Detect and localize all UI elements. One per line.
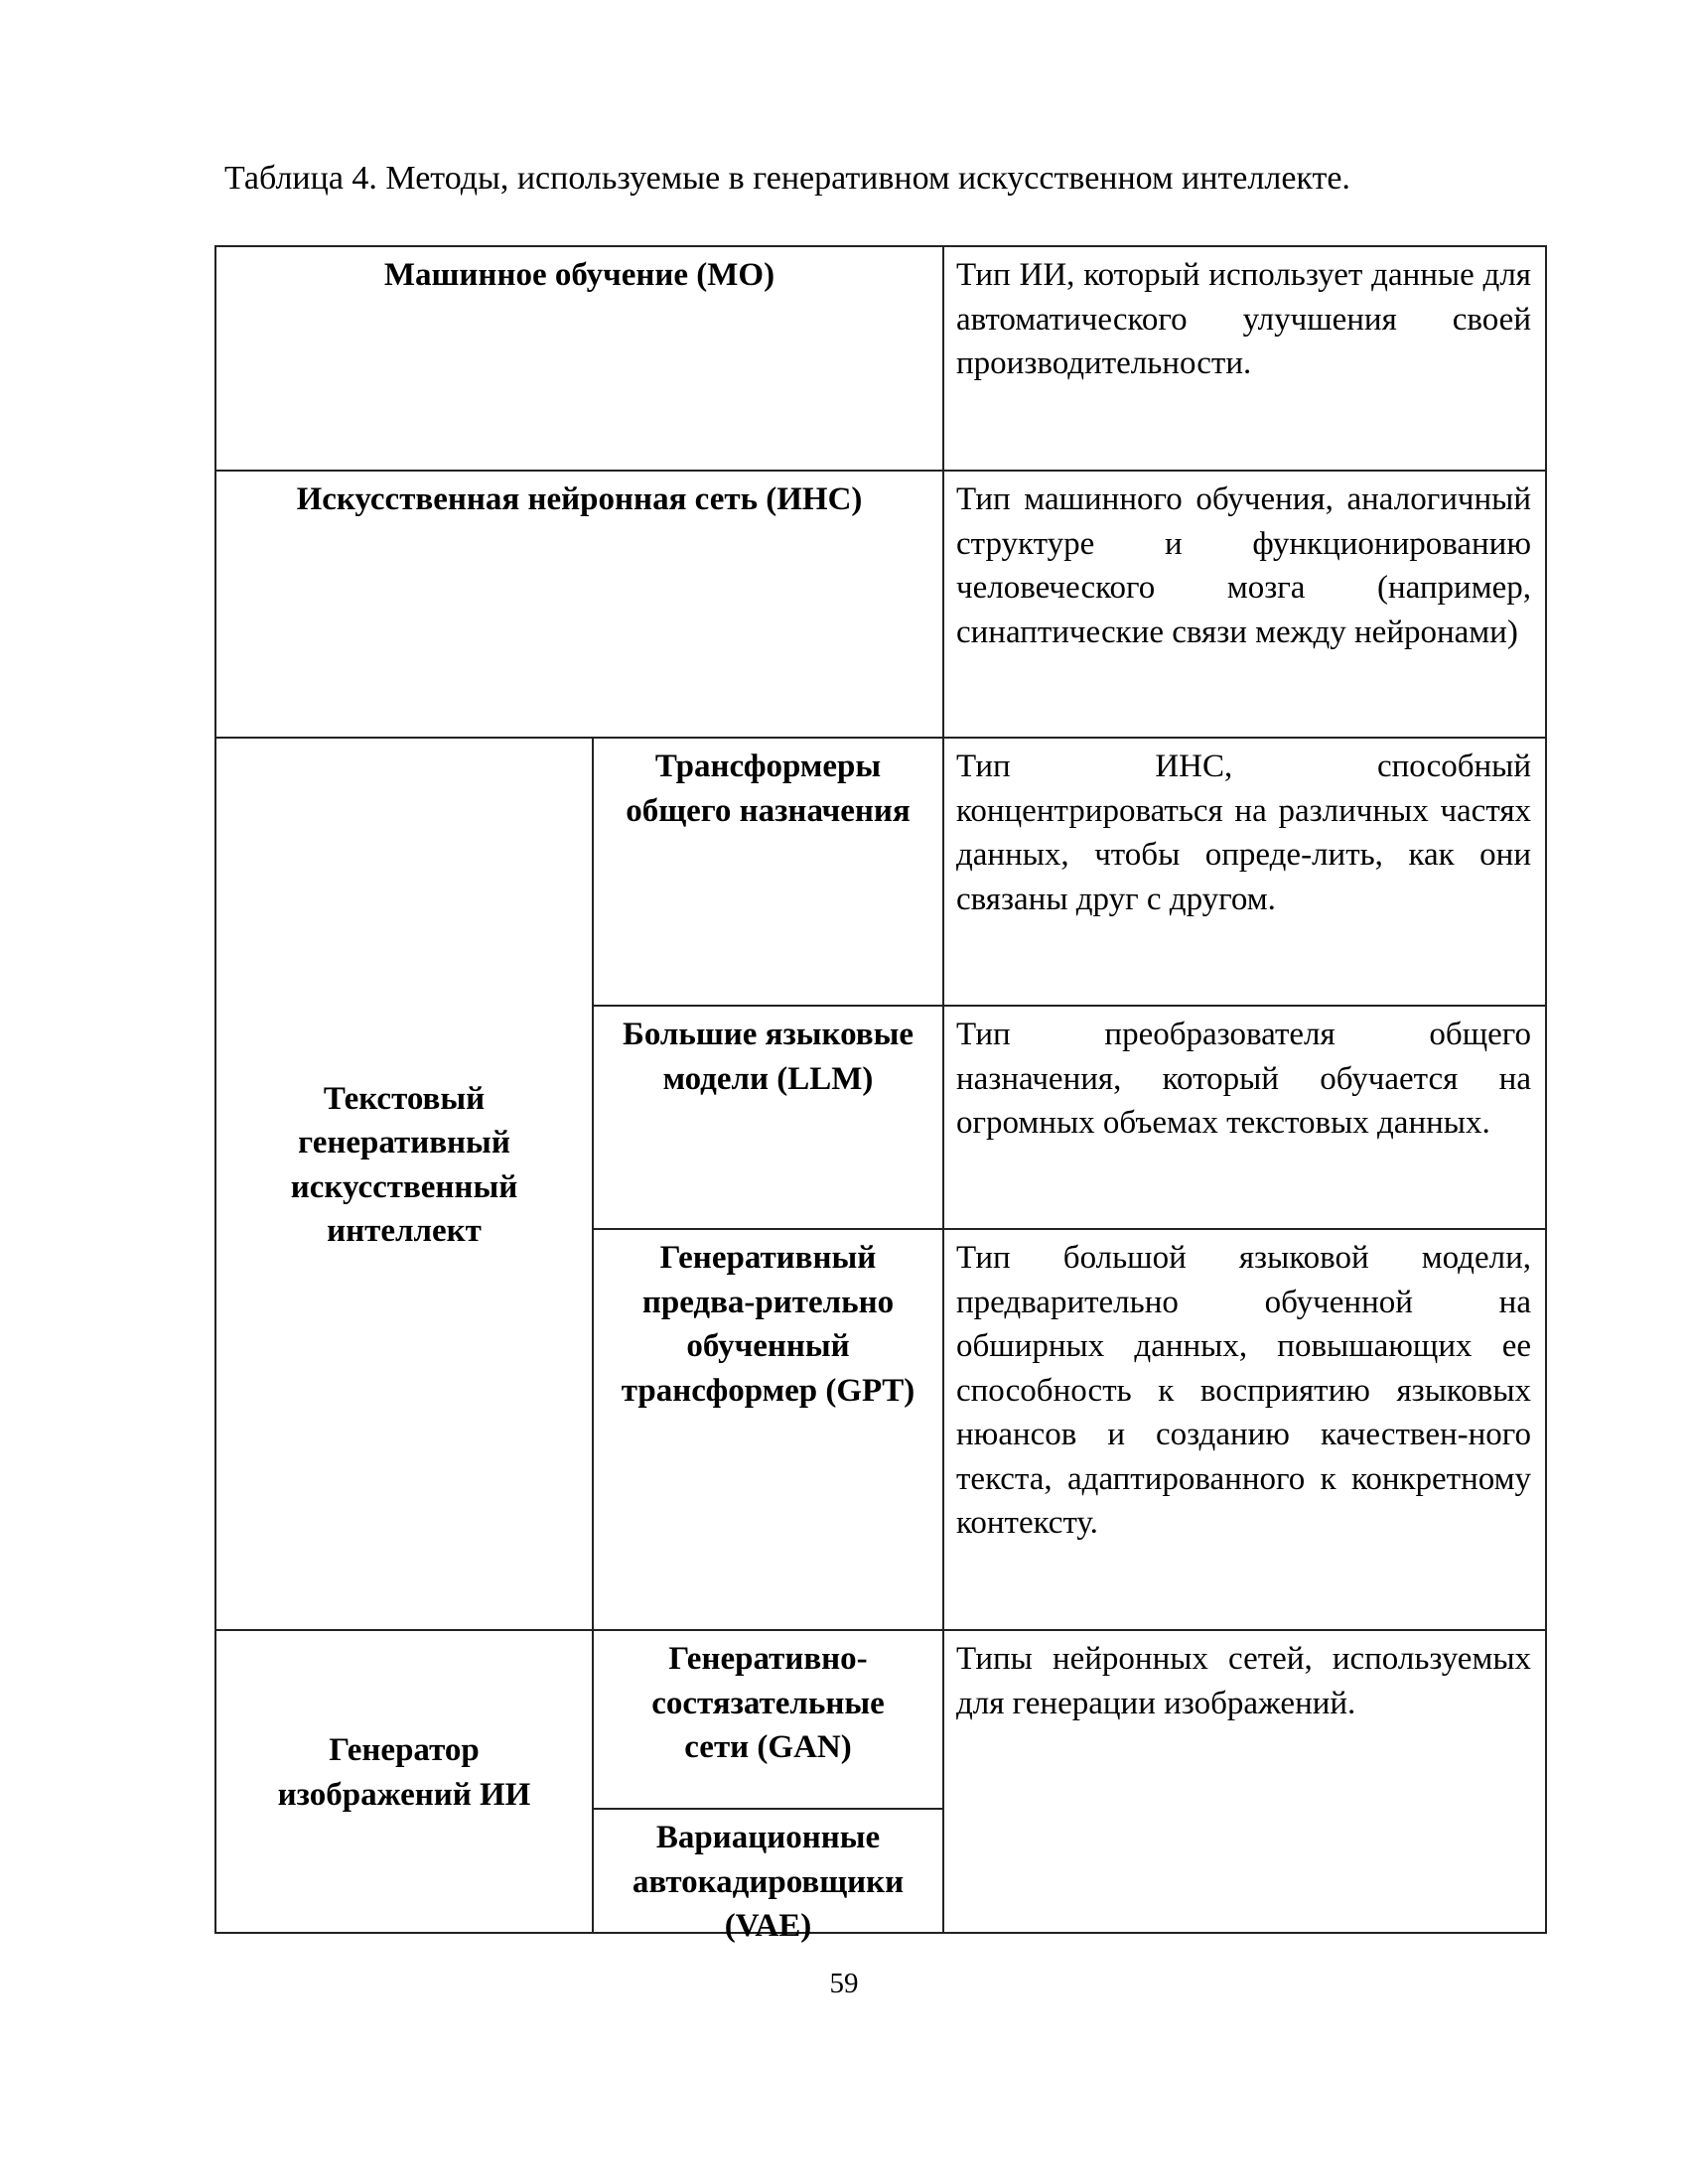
term-machine-learning: Машинное обучение (МО) (214, 245, 944, 472)
term-gan: Генеративно-состязательные сети (GAN) (592, 1629, 944, 1810)
term-llm: Большие языковые модели (LLM) (592, 1005, 944, 1230)
category-text-gen-ai-label: Текстовый генеративный искусственный инт… (224, 1077, 584, 1294)
term-transformers: Трансформеры общего назначения (592, 737, 944, 1007)
category-image-gen-ai: Генератор изображений ИИ (214, 1629, 594, 1934)
term-vae: Вариационные автокадировщики (VAE) (592, 1808, 944, 1934)
desc-transformers: Тип ИНС, способный концентрироваться на … (942, 737, 1547, 1007)
term-ann: Искусственная нейронная сеть (ИНС) (214, 470, 944, 739)
desc-ann: Тип машинного обучения, аналогичный стру… (942, 470, 1547, 739)
table-caption: Таблица 4. Методы, используемые в генера… (224, 157, 1515, 201)
category-text-gen-ai: Текстовый генеративный искусственный инт… (214, 737, 594, 1631)
desc-machine-learning: Тип ИИ, который использует данные для ав… (942, 245, 1547, 472)
term-gpt: Генеративный предва-рительно обученный т… (592, 1228, 944, 1631)
category-image-gen-ai-label: Генератор изображений ИИ (224, 1728, 584, 1837)
desc-image-gen: Типы нейронных сетей, используемых для г… (942, 1629, 1547, 1934)
desc-gpt: Тип большой языковой модели, предварител… (942, 1228, 1547, 1631)
desc-llm: Тип преобразователя общего назначения, к… (942, 1005, 1547, 1230)
methods-table: Машинное обучение (МО) Тип ИИ, который и… (214, 245, 1547, 1934)
page-number: 59 (0, 1966, 1688, 2001)
